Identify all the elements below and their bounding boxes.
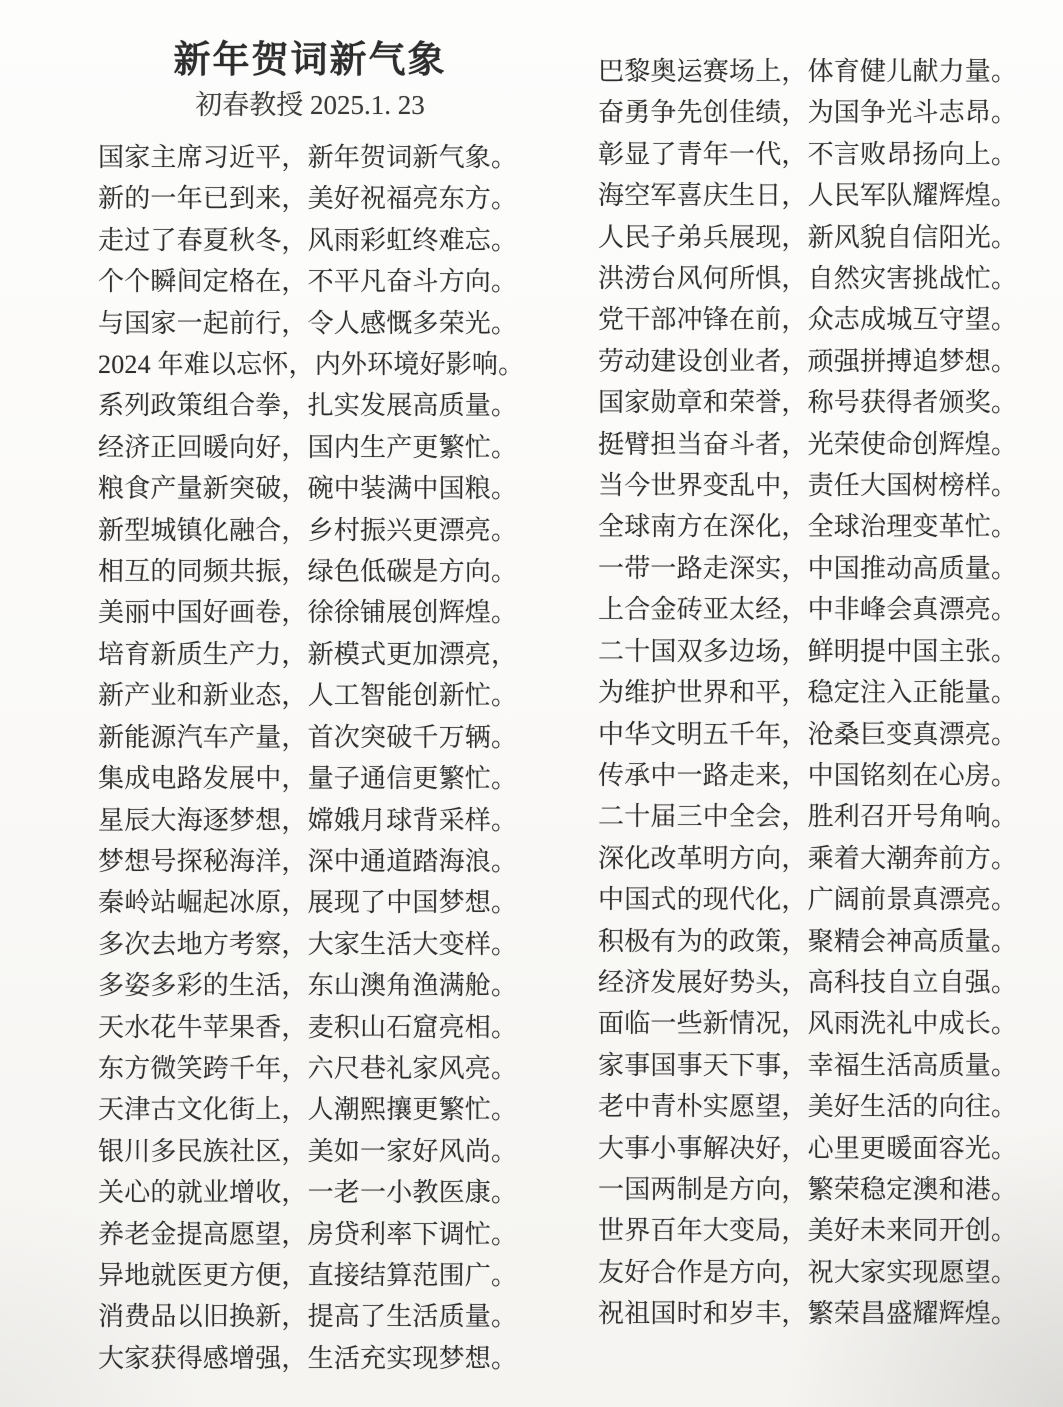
poem-line: 经济发展好势头，高科技自立自强。 [598,962,1022,1003]
poem-line: 洪涝台风何所惧，自然灾害挑战忙。 [598,258,1022,299]
poem-line: 星辰大海逐梦想，嫦娥月球背采样。 [98,800,522,841]
poem-line: 梦想号探秘海洋，深中通道踏海浪。 [98,841,522,882]
poem-line: 二十国双多边场，鲜明提中国主张。 [598,631,1022,672]
poem-line: 一国两制是方向，繁荣稳定澳和港。 [598,1169,1022,1210]
poem-line: 海空军喜庆生日，人民军队耀辉煌。 [598,175,1022,216]
byline: 初春教授 2025.1. 23 [98,86,522,124]
poem-line: 东方微笑跨千年，六尺巷礼家风亮。 [98,1048,522,1089]
poem-line: 劳动建设创业者，顽强拼搏追梦想。 [598,341,1022,382]
poem-line: 关心的就业增收，一老一小教医康。 [98,1172,522,1213]
poem-line: 消费品以旧换新，提高了生活质量。 [98,1296,522,1337]
poem-line: 多次去地方考察，大家生活大变样。 [98,924,522,965]
poem-line: 培育新质生产力，新模式更加漂亮， [98,634,522,675]
poem-line: 祝祖国时和岁丰，繁荣昌盛耀辉煌。 [598,1293,1022,1334]
poem-line: 上合金砖亚太经，中非峰会真漂亮。 [598,589,1022,630]
poem-line: 传承中一路走来，中国铭刻在心房。 [598,755,1022,796]
poem-line: 集成电路发展中，量子通信更繁忙。 [98,758,522,799]
poem-line: 美丽中国好画卷，徐徐铺展创辉煌。 [98,592,522,633]
poem-line: 挺臂担当奋斗者，光荣使命创辉煌。 [598,424,1022,465]
poem-line: 党干部冲锋在前，众志成城互守望。 [598,299,1022,340]
poem-line: 巴黎奥运赛场上，体育健儿献力量。 [598,51,1022,92]
poem-line: 粮食产量新突破，碗中装满中国粮。 [98,468,522,509]
poem-line: 大事小事解决好，心里更暖面容光。 [598,1128,1022,1169]
poem-line: 面临一些新情况，风雨洗礼中成长。 [598,1003,1022,1044]
poem-line: 当今世界变乱中，责任大国树榜样。 [598,465,1022,506]
poem-line: 中国式的现代化，广阔前景真漂亮。 [598,879,1022,920]
poem-line: 相互的同频共振，绿色低碳是方向。 [98,551,522,592]
poem-line: 老中青朴实愿望，美好生活的向往。 [598,1086,1022,1127]
poem-line: 走过了春夏秋冬，风雨彩虹终难忘。 [98,220,522,261]
poem-line: 友好合作是方向，祝大家实现愿望。 [598,1252,1022,1293]
poem-line: 天津古文化街上，人潮熙攘更繁忙。 [98,1089,522,1130]
poem-line: 异地就医更方便，直接结算范围广。 [98,1255,522,1296]
poem-line: 深化改革明方向，乘着大潮奔前方。 [598,838,1022,879]
poem-line: 新的一年已到来，美好祝福亮东方。 [98,178,522,219]
poem-line: 新能源汽车产量，首次突破千万辆。 [98,717,522,758]
poem-line: 积极有为的政策，聚精会神高质量。 [598,921,1022,962]
poem-line: 彰显了青年一代，不言败昂扬向上。 [598,134,1022,175]
poem-line: 2024 年难以忘怀，内外环境好影响。 [98,344,522,385]
poem-line: 为维护世界和平，稳定注入正能量。 [598,672,1022,713]
poem-line: 银川多民族社区，美如一家好风尚。 [98,1131,522,1172]
poem-line: 世界百年大变局，美好未来同开创。 [598,1210,1022,1251]
left-column: 新年贺词新气象 初春教授 2025.1. 23 国家主席习近平，新年贺词新气象。… [98,36,522,1379]
poem-line: 新产业和新业态，人工智能创新忙。 [98,675,522,716]
poem-line: 国家勋章和荣誉，称号获得者颁奖。 [598,382,1022,423]
poem-line: 大家获得感增强，生活充实现梦想。 [98,1338,522,1379]
page-title: 新年贺词新气象 [98,36,522,86]
poem-line: 多姿多彩的生活，东山澳角渔满舱。 [98,965,522,1006]
poem-line: 中华文明五千年，沧桑巨变真漂亮。 [598,714,1022,755]
poem-line: 经济正回暖向好，国内生产更繁忙。 [98,427,522,468]
right-column-verses: 巴黎奥运赛场上，体育健儿献力量。 奋勇争先创佳绩，为国争光斗志昂。 彰显了青年一… [598,51,1022,1335]
poem-line: 与国家一起前行，令人感慨多荣光。 [98,303,522,344]
poem-line: 人民子弟兵展现，新风貌自信阳光。 [598,217,1022,258]
right-column: 巴黎奥运赛场上，体育健儿献力量。 奋勇争先创佳绩，为国争光斗志昂。 彰显了青年一… [598,51,1022,1335]
poem-line: 一带一路走深实，中国推动高质量。 [598,548,1022,589]
poem-line: 国家主席习近平，新年贺词新气象。 [98,137,522,178]
document-page: 新年贺词新气象 初春教授 2025.1. 23 国家主席习近平，新年贺词新气象。… [0,0,1063,1407]
poem-line: 二十届三中全会，胜利召开号角响。 [598,796,1022,837]
poem-line: 新型城镇化融合，乡村振兴更漂亮。 [98,510,522,551]
poem-line: 全球南方在深化，全球治理变革忙。 [598,506,1022,547]
poem-line: 个个瞬间定格在，不平凡奋斗方向。 [98,261,522,302]
poem-line: 奋勇争先创佳绩，为国争光斗志昂。 [598,92,1022,133]
poem-line: 秦岭站崛起冰原，展现了中国梦想。 [98,882,522,923]
left-column-verses: 国家主席习近平，新年贺词新气象。 新的一年已到来，美好祝福亮东方。 走过了春夏秋… [98,137,522,1379]
poem-line: 天水花牛苹果香，麦积山石窟亮相。 [98,1007,522,1048]
poem-line: 系列政策组合拳，扎实发展高质量。 [98,385,522,426]
poem-line: 养老金提高愿望，房贷利率下调忙。 [98,1214,522,1255]
poem-line: 家事国事天下事，幸福生活高质量。 [598,1045,1022,1086]
